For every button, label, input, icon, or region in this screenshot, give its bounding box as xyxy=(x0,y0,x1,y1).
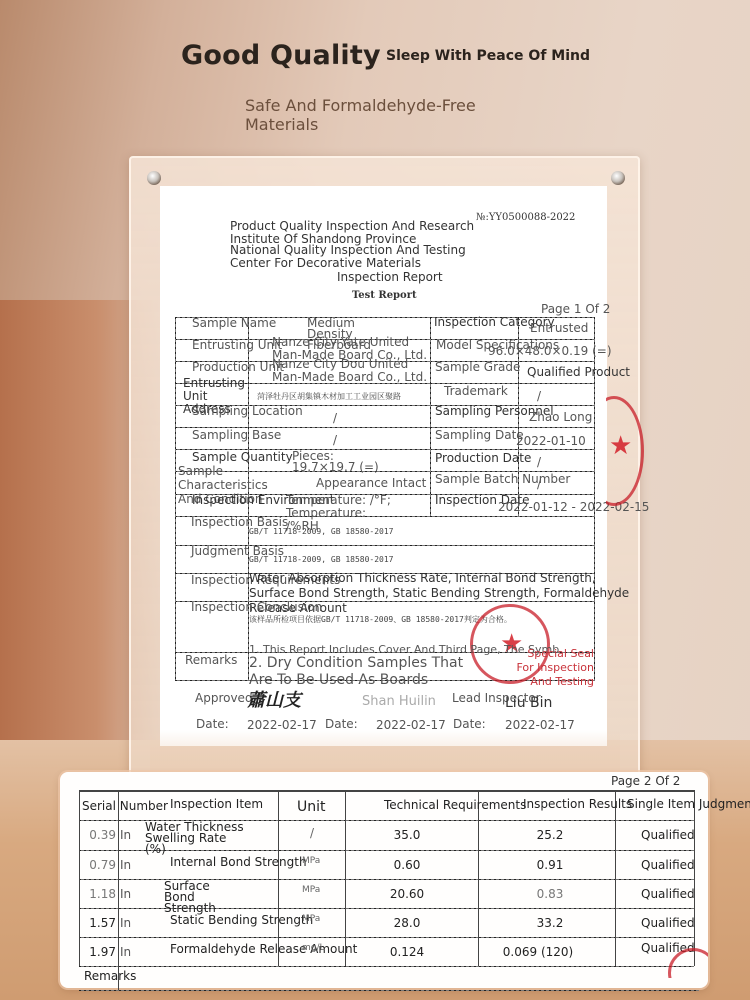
serial-number: 1.18 xyxy=(80,887,116,901)
field-value: / xyxy=(333,412,337,425)
field-value: 96.0×48.0×0.19 (=) xyxy=(488,345,612,358)
inspection-item: Internal Bond Strength xyxy=(170,855,307,869)
screw-icon xyxy=(147,171,161,185)
single-item-judgment: Qualified xyxy=(641,858,695,872)
inspection-item: Water Thickness Swelling Rate (%) xyxy=(145,822,249,855)
unit: MPa xyxy=(302,856,320,866)
serial-unit: In xyxy=(120,858,131,872)
field-value: / xyxy=(537,456,541,469)
table-row-divider xyxy=(79,790,694,792)
table-col-divider xyxy=(615,790,616,966)
field-label: Entrusting Unit xyxy=(192,339,282,352)
remarks-line-2: 2. Dry Condition Samples That Are To Be … xyxy=(249,655,479,689)
star-icon: ★ xyxy=(609,433,632,459)
inspection-result: 0.91 xyxy=(525,858,575,872)
field-label: Sampling Date xyxy=(435,429,524,442)
reviewer-name: Shan Huilin xyxy=(362,695,436,708)
unit: mg/L xyxy=(302,943,325,953)
table-col-divider xyxy=(79,790,80,966)
field-label: Sampling Base xyxy=(192,429,281,442)
seal-caption: Special Seal For Inspection And Testing xyxy=(508,647,594,689)
subline: Safe And Formaldehyde-Free Materials xyxy=(245,96,505,134)
technical-requirement: 0.60 xyxy=(382,858,432,872)
field-label: Sample Batch Number xyxy=(435,473,570,486)
field-label: Sample Grade xyxy=(435,361,520,374)
serial-unit: In xyxy=(120,916,131,930)
unit: MPa xyxy=(302,914,320,924)
inspection-item: Formaldehyde Release Amount xyxy=(170,942,357,956)
tagline: Sleep With Peace Of Mind xyxy=(386,48,590,64)
field-label: Production Date xyxy=(435,452,531,465)
technical-requirement: 28.0 xyxy=(382,916,432,930)
field-value: / xyxy=(537,478,541,491)
field-value: GB/T 11718-2009, GB 18580-2017 xyxy=(249,527,394,536)
field-value: Appearance Intact xyxy=(316,477,426,490)
table-row-divider xyxy=(79,990,699,991)
column-header: Inspection Results xyxy=(523,797,632,811)
field-label: Sample Quantity xyxy=(192,451,293,464)
column-header: Single Item Judgment xyxy=(627,797,750,811)
field-value: Pieces: 19.7×19.7 (=) xyxy=(292,451,380,473)
single-item-judgment: Qualified xyxy=(641,916,695,930)
serial-number: 1.97 xyxy=(80,945,116,959)
table-col-divider xyxy=(278,790,279,966)
field-label: Trademark xyxy=(444,385,508,398)
column-header: Unit xyxy=(297,799,326,815)
table-col-divider xyxy=(478,790,479,966)
inspection-result: 0.83 xyxy=(525,887,575,901)
approver-signature: 蕭山支 xyxy=(247,686,301,712)
serial-unit: In xyxy=(120,887,131,901)
field-value: Zhao Long xyxy=(529,411,592,424)
serial-unit: In xyxy=(120,828,131,842)
field-label: Sample Name xyxy=(192,317,276,330)
remarks-label-2: Remarks xyxy=(84,969,136,983)
single-item-judgment: Qualified xyxy=(641,828,695,842)
field-value: / xyxy=(537,390,541,403)
technical-requirement: 35.0 xyxy=(382,828,432,842)
headline: Good Quality xyxy=(181,40,381,71)
technical-requirement: 0.124 xyxy=(382,945,432,959)
field-value: 2022-01-12 - 2022-02-15 xyxy=(498,501,649,514)
serial-number: 0.79 xyxy=(80,858,116,872)
inspection-item: Surface Bond Strength xyxy=(164,881,238,914)
report-title-en: Test Report xyxy=(352,290,417,301)
table-row-divider xyxy=(79,937,694,938)
single-item-judgment: Qualified xyxy=(641,887,695,901)
field-label: Production Unit xyxy=(192,361,284,374)
lead-inspector-name: Liu Bin xyxy=(505,697,552,710)
inspection-result: 33.2 xyxy=(525,916,575,930)
serial-number: 1.57 xyxy=(80,916,116,930)
field-value: 2022-01-10 xyxy=(516,435,586,448)
field-label: Inspection Conclusion xyxy=(191,601,322,614)
inspection-item: Static Bending Strength xyxy=(170,913,313,927)
table-col-divider xyxy=(118,790,119,990)
table-col-divider xyxy=(175,317,176,680)
remarks-label: Remarks xyxy=(185,654,237,667)
serial-number: 0.39 xyxy=(80,828,116,842)
unit: / xyxy=(310,826,314,840)
screw-icon xyxy=(611,171,625,185)
page-number-2: Page 2 Of 2 xyxy=(611,774,680,788)
unit: MPa xyxy=(302,885,320,895)
institute-name-2: National Quality Inspection And Testing … xyxy=(230,244,508,270)
table-row-divider xyxy=(79,966,694,967)
field-value: GB/T 11718-2009, GB 18580-2017 xyxy=(249,555,394,564)
field-label: Sampling Location xyxy=(192,405,303,418)
column-header: Inspection Item xyxy=(170,797,263,811)
field-value: Qualified Product xyxy=(527,366,630,379)
column-header: Serial Number xyxy=(82,799,168,813)
serial-unit: In xyxy=(120,945,131,959)
report-title: Inspection Report xyxy=(337,271,443,284)
approved-label: Approved xyxy=(195,692,253,705)
field-value: Entrusted xyxy=(530,322,588,335)
table-col-divider xyxy=(345,790,346,966)
column-header: Technical Requirements xyxy=(384,798,526,812)
field-value: 菏泽牡丹区胡集镇木材加工工业园区聚路 xyxy=(257,391,401,402)
field-value: Nanze City Dou United Man-Made Board Co.… xyxy=(272,358,432,384)
technical-requirement: 20.60 xyxy=(382,887,432,901)
inspection-result: 0.069 (120) xyxy=(490,945,586,959)
field-value: / xyxy=(333,434,337,447)
inspection-result: 25.2 xyxy=(525,828,575,842)
field-value: 该样品所检项目依据GB/T 11718-2009、GB 18580-2017判定… xyxy=(249,614,512,625)
